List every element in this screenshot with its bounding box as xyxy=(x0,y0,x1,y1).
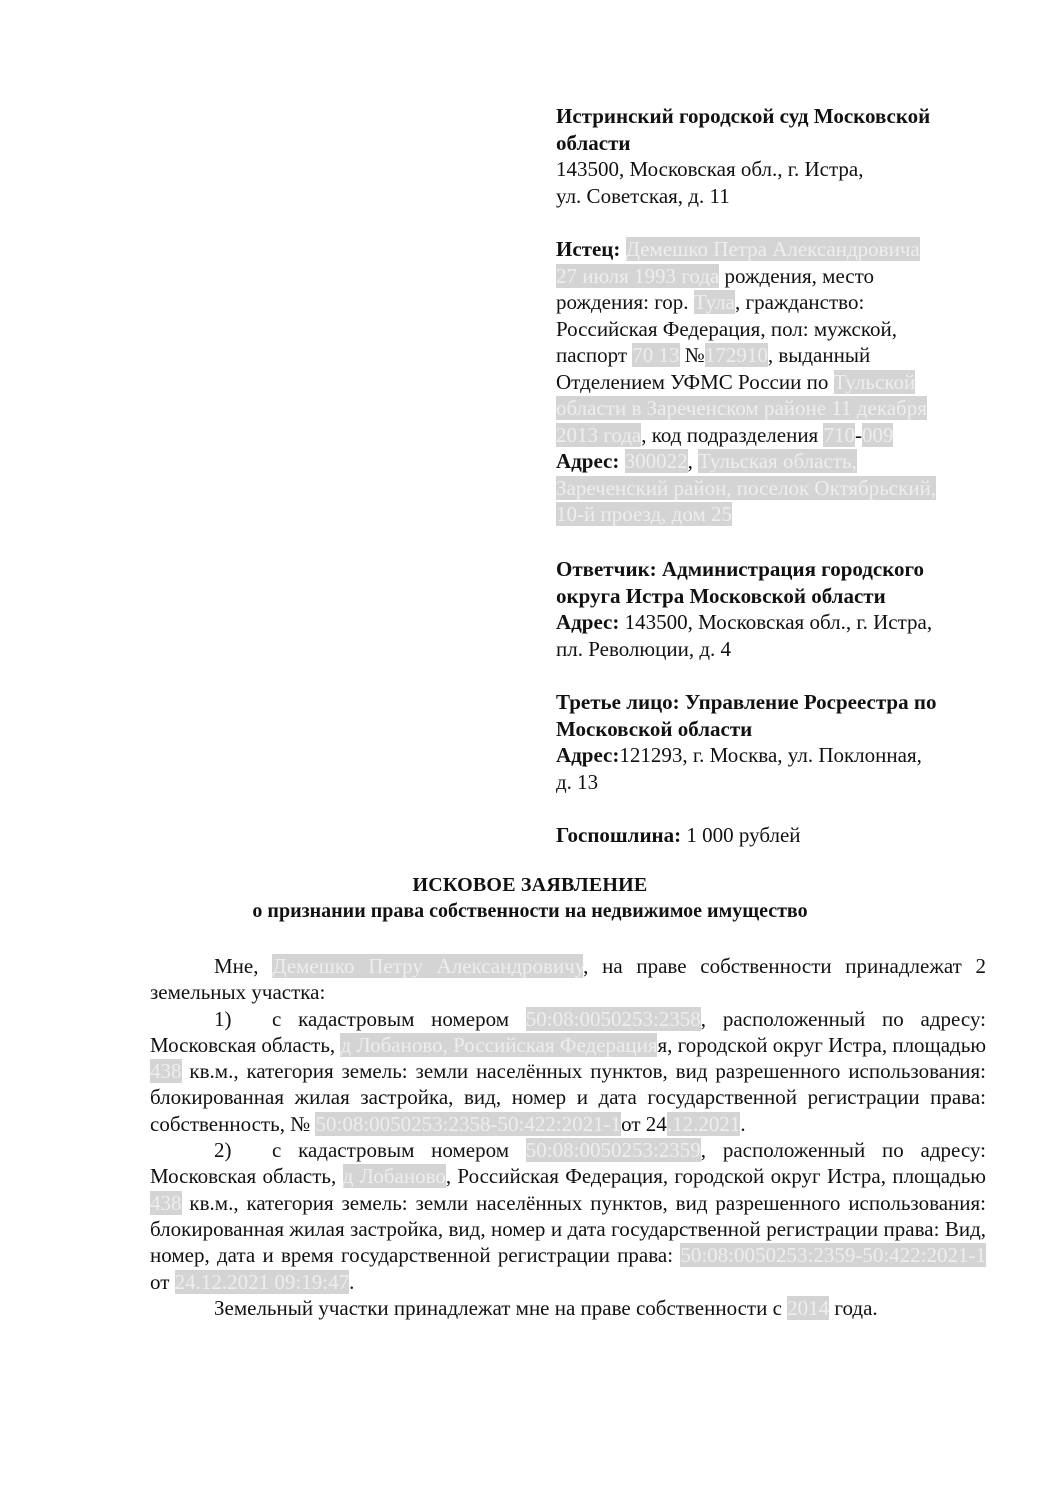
redacted-issuer-3: 2013 года xyxy=(556,423,641,447)
address-suffix: , Российская Федерация, городской округ … xyxy=(446,1164,986,1188)
redacted-date: .12.2021 xyxy=(667,1112,741,1136)
court-address-line2: ул. Советская, д. 11 xyxy=(556,183,986,210)
redacted-plaintiff-name: Демешко Петра Александровича xyxy=(626,237,920,261)
redacted-passport-series: 70 13 xyxy=(632,343,679,367)
court-name: Истринский городской суд Московской обла… xyxy=(556,103,986,156)
intro-prefix: Мне, xyxy=(214,954,258,978)
fee-label: Госпошлина: xyxy=(556,823,681,847)
redacted-division-1: 710 xyxy=(823,423,855,447)
plaintiff-address-label: Адрес: xyxy=(556,449,619,473)
redacted-birthplace: Тула xyxy=(694,290,735,314)
document-body: Мне, Демешко Петру Александровичу, на пр… xyxy=(150,953,986,1321)
redacted-passport-number: 172910 xyxy=(705,343,768,367)
item-number: 2) xyxy=(214,1137,272,1163)
redacted-area: 438 xyxy=(150,1059,182,1083)
period: . xyxy=(349,1270,354,1294)
cad-label: с кадастровым номером xyxy=(272,1007,509,1031)
plaintiff-block: Истец: Демешко Петра Александровича 27 и… xyxy=(556,236,986,528)
redacted-zip: 300022 xyxy=(625,449,688,473)
defendant-address-line1: 143500, Московская обл., г. Истра, xyxy=(619,610,932,634)
third-party-label-cont: Московской области xyxy=(556,717,752,741)
court-block: Истринский городской суд Московской обла… xyxy=(556,103,986,209)
fee-block: Госпошлина: 1 000 рублей xyxy=(556,822,986,849)
redacted-registration: 50:08:0050253:2359-50:422:2021-1 xyxy=(680,1243,986,1267)
redacted-address-3: 10-й проезд, дом 25 xyxy=(556,502,732,526)
defendant-label: Ответчик: Администрация городского xyxy=(556,557,924,581)
comma: , xyxy=(688,449,693,473)
redacted-division-2: 009 xyxy=(862,423,894,447)
defendant-address-line2: пл. Революции, д. 4 xyxy=(556,636,986,663)
redacted-birth-date: 27 июля 1993 года xyxy=(556,264,719,288)
redacted-address: д Лобаново xyxy=(343,1164,446,1188)
third-party-block: Третье лицо: Управление Росреестра по Мо… xyxy=(556,689,986,795)
fee-value: 1 000 рублей xyxy=(681,823,800,847)
redacted-address-1: Тульская область, xyxy=(698,449,857,473)
list-item-1: 1)с кадастровым номером 50:08:0050253:23… xyxy=(150,1006,986,1137)
redacted-cadastral: 50:08:0050253:2359 xyxy=(526,1138,701,1162)
date-prefix: от xyxy=(150,1270,169,1294)
redacted-date: 24.12.2021 09:19:47 xyxy=(175,1270,349,1294)
period: . xyxy=(740,1112,745,1136)
cad-label: с кадастровым номером xyxy=(272,1138,509,1162)
plaintiff-label: Истец: xyxy=(556,237,620,261)
redacted-address: д Лобаново, Российская Федерация xyxy=(340,1033,657,1057)
closing-paragraph: Земельный участки принадлежат мне на пра… xyxy=(150,1295,986,1321)
closing-text: Земельный участки принадлежат мне на пра… xyxy=(214,1296,782,1320)
third-party-address-label: Адрес: xyxy=(556,743,619,767)
division-label: , код подразделения xyxy=(641,423,818,447)
citizenship-label: , гражданство: xyxy=(735,290,864,314)
birth-text: рождения, место xyxy=(725,264,874,288)
third-party-address-line2: д. 13 xyxy=(556,769,986,796)
birthplace-label: рождения: гор. xyxy=(556,290,689,314)
item-number: 1) xyxy=(214,1006,272,1032)
document-subtitle: о признании права собственности на недви… xyxy=(0,900,1060,923)
third-party-address-line1: 121293, г. Москва, ул. Поклонная, xyxy=(619,743,922,767)
redacted-issuer-2: области в Зареченском районе 11 декабря xyxy=(556,396,927,420)
document-title: ИСКОВОЕ ЗАЯВЛЕНИЕ xyxy=(0,874,1060,897)
number-sign: № xyxy=(685,343,705,367)
redacted-cadastral: 50:08:0050253:2358 xyxy=(526,1007,701,1031)
defendant-address-label: Адрес: xyxy=(556,610,619,634)
defendant-block: Ответчик: Администрация городского округ… xyxy=(556,556,986,662)
redacted-intro-name: Демешко Петру Александровичу xyxy=(272,954,583,978)
division-dash: - xyxy=(855,423,862,447)
date-prefix: от 24 xyxy=(621,1112,667,1136)
issuer-label: Отделением УФМС России по xyxy=(556,370,828,394)
court-address-line1: 143500, Московская обл., г. Истра, xyxy=(556,156,986,183)
redacted-year: 2014 xyxy=(787,1296,829,1320)
closing-suffix: года. xyxy=(834,1296,877,1320)
third-party-label: Третье лицо: Управление Росреестра по xyxy=(556,690,936,714)
defendant-label-cont: округа Истра Московской области xyxy=(556,584,886,608)
address-suffix: я, городской округ Истра, площадью xyxy=(657,1033,986,1057)
redacted-address-2: Зареченский район, поселок Октябрьский, xyxy=(556,476,936,500)
redacted-issuer-1: Тульской xyxy=(834,370,916,394)
redacted-registration: 50:08:0050253:2358-50:422:2021-1 xyxy=(315,1112,621,1136)
intro-paragraph: Мне, Демешко Петру Александровичу, на пр… xyxy=(150,953,986,1006)
passport-label: паспорт xyxy=(556,343,627,367)
redacted-area: 438 xyxy=(150,1191,182,1215)
citizenship-line: Российская Федерация, пол: мужской, xyxy=(556,316,986,343)
list-item-2: 2)с кадастровым номером 50:08:0050253:23… xyxy=(150,1137,986,1295)
issued-text: , выданный xyxy=(768,343,870,367)
